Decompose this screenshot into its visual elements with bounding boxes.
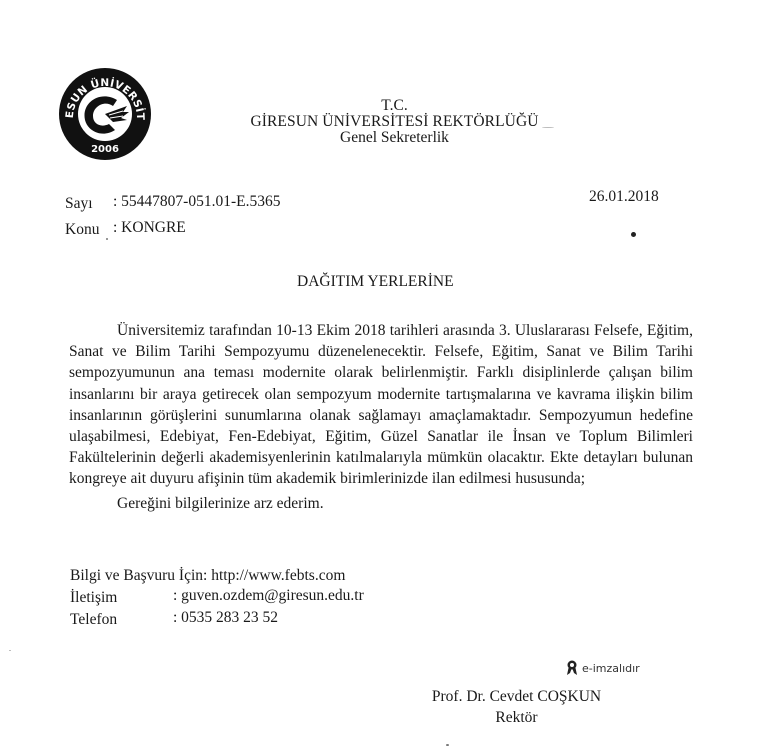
sayi-label: Sayı: [65, 195, 93, 213]
recipient-heading: DAĞITIM YERLERİNE: [297, 273, 454, 291]
ribbon-award-icon: [566, 660, 578, 676]
header-tc: T.C.: [12, 98, 765, 114]
body-paragraph: Üniversitemiz tarafından 10-13 Ekim 2018…: [69, 320, 693, 490]
iletisim-label: İletişim: [70, 589, 117, 607]
telefon-label: Telefon: [70, 611, 117, 629]
info-label: Bilgi ve Başvuru İçin:: [70, 567, 211, 584]
signer-title: Rektör: [134, 709, 765, 727]
e-signature-badge: e-imzalıdır: [566, 660, 640, 676]
header-department: Genel Sekreterlik: [12, 130, 765, 146]
letter-body: Üniversitemiz tarafından 10-13 Ekim 2018…: [69, 320, 693, 514]
iletisim-value[interactable]: : guven.ozdem@giresun.edu.tr: [173, 587, 364, 605]
scan-speck: [542, 127, 554, 128]
e-signature-text: e-imzalıdır: [582, 662, 640, 675]
closing-line: Gereğini bilgilerinize arz ederim.: [69, 493, 693, 514]
signer-name: Prof. Dr. Cevdet COŞKUN: [134, 688, 765, 706]
scan-speck: [106, 238, 108, 240]
konu-label: Konu: [65, 221, 99, 239]
konu-value: : KONGRE: [113, 219, 186, 237]
scan-speck: [446, 744, 449, 746]
sayi-value: : 55447807-051.01-E.5365: [113, 193, 280, 211]
header-university: GİRESUN ÜNİVERSİTESİ REKTÖRLÜĞÜ: [12, 114, 765, 130]
scan-speck: [631, 232, 636, 237]
scan-speck: [9, 650, 11, 651]
info-line: Bilgi ve Başvuru İçin: http://www.febts.…: [70, 567, 345, 585]
letter-date: 26.01.2018: [589, 188, 659, 206]
telefon-value: : 0535 283 23 52: [173, 609, 278, 627]
info-link[interactable]: http://www.febts.com: [211, 567, 345, 584]
